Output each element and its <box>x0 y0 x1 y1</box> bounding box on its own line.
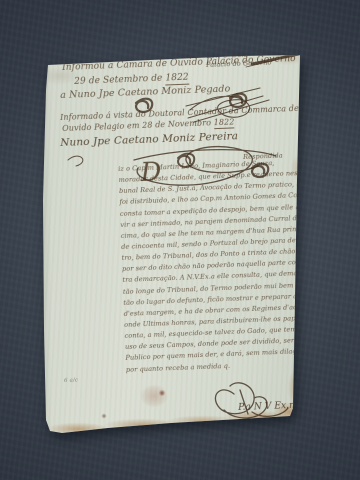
photograph-of-manuscript: Nº 8ª Sala Palacio do Governo Informou á… <box>0 0 360 480</box>
manuscript-page: Nº 8ª Sala Palacio do Governo Informou á… <box>38 48 306 440</box>
signature-p-flourish <box>215 383 288 418</box>
left-margin-curl <box>68 156 83 166</box>
ink-blob-1 <box>136 99 152 112</box>
rubric-crosshatch <box>186 88 269 122</box>
ink-blob-3 <box>252 164 268 177</box>
ink-flourishes-overlay <box>38 48 306 440</box>
pen-slash-mark <box>252 53 304 64</box>
paper-sheet: Nº 8ª Sala Palacio do Governo Informou á… <box>38 48 306 440</box>
